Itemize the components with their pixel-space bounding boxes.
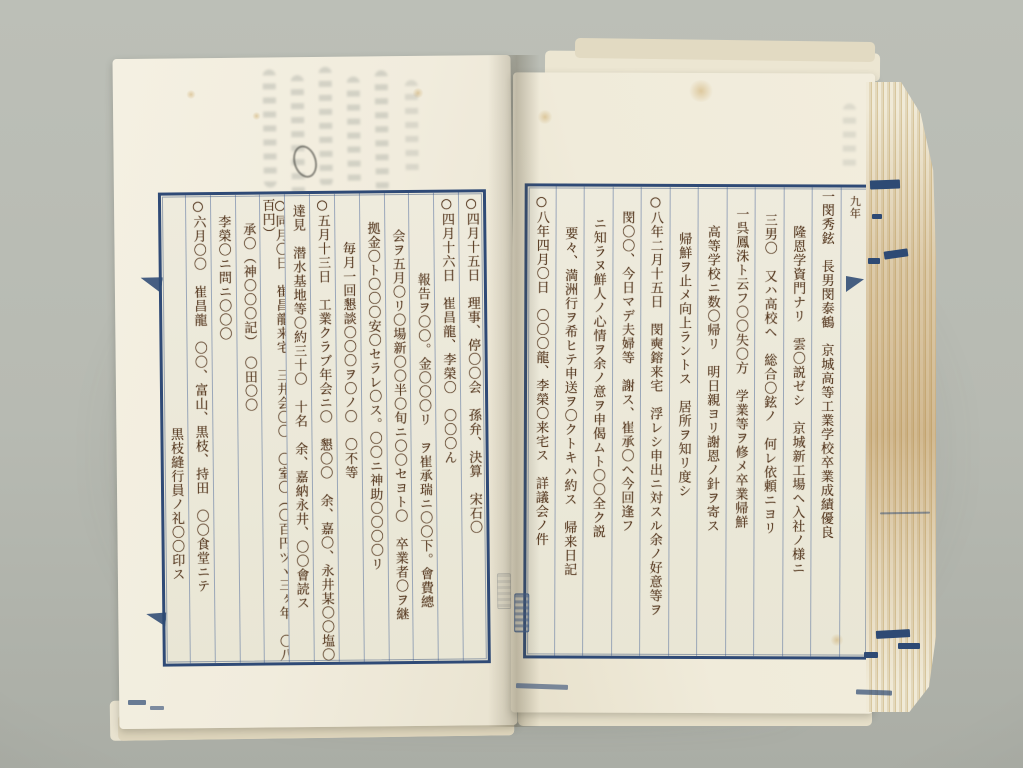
ruled-column: ○八年四月〇日 〇〇〇龍、李榮〇来宅ス 詳議会ノ件 xyxy=(526,186,555,655)
year-header: 九年 xyxy=(849,188,860,220)
ruled-column: 九年 xyxy=(839,188,869,657)
pencil-circle-mark xyxy=(289,142,320,180)
ruled-column: 毎月一回懇談〇〇〇ヲ〇ノ〇 〇不等 xyxy=(334,194,364,662)
handwritten-column: ○八年二月十五日 閔奭鎔来宅 浮レシ申出ニ対スル余ノ好意等ヲ xyxy=(647,187,662,617)
gutter-stamp-showthrough xyxy=(497,573,511,609)
edge-frame-mark xyxy=(870,179,900,189)
ruled-column: 隆恩学資門ナリ 雲〇説ゼシ 京城新工場ヘ入社ノ様ニ xyxy=(782,187,812,656)
handwritten-column: 一閔秀鉉 長男閔泰鶴 京城高等工業学校卒業成績優良 xyxy=(819,187,833,539)
edge-frame-mark xyxy=(868,258,880,264)
ruled-column: ○六月〇〇 崔昌龍 〇〇、富山、黒枝、持田 〇〇食堂ニテ xyxy=(185,195,215,663)
edge-frame-mark xyxy=(128,700,146,705)
handwritten-column: ○同月〇日 崔昌龍来宅 三井会〇〇 〇室〇（〇百円ヅヽ三ヶ年 〇八百円） xyxy=(260,194,289,662)
right-page: 九年 一閔秀鉉 長男閔泰鶴 京城高等工業学校卒業成績優良 隆恩学資門ナリ 雲〇説… xyxy=(511,72,875,713)
ruled-column: 李榮〇ニ問ニ〇〇〇 xyxy=(210,195,240,663)
handwritten-column: 帰鮮ヲ止メ向上ラントス 居所ヲ知リ度シ xyxy=(676,187,690,498)
ruled-column: 閔〇〇、今日マデ夫婦等 謝ス、崔承〇ヘ今回逢フ xyxy=(611,187,641,656)
ruled-column: 達見 潜水基地等〇約三十〇 十名 余、嘉納永井、〇〇會読ス xyxy=(284,194,314,662)
bleedthrough-column xyxy=(405,80,419,176)
bleedthrough-column xyxy=(319,67,333,187)
bleedthrough-column xyxy=(347,77,361,187)
bleedthrough-column xyxy=(375,70,389,192)
ruled-column: 一呉鳳洙ト云フ〇〇失〇方 学業等ヲ修メ卒業帰鮮 xyxy=(725,187,755,656)
handwritten-column: 要々、満洲行ヲ希ヒテ申送ヲ〇クトキハ約ス 帰来日記 xyxy=(562,187,576,577)
ruled-column: ○四月十五日 理事、停〇〇会 孫弁、決算 宋石〇 xyxy=(458,192,488,660)
handwritten-column: ○八年四月〇日 〇〇〇龍、李榮〇来宅ス 詳議会ノ件 xyxy=(534,186,548,546)
handwritten-column: 高等学校ニ数〇帰リ 明日親ヨリ謝恩ノ針ヲ寄ス xyxy=(705,187,719,533)
ruled-column: 高等学校ニ数〇帰リ 明日親ヨリ謝恩ノ針ヲ寄ス xyxy=(696,187,726,656)
handwritten-column: 黒枝縫行員ノ礼〇〇印ス xyxy=(166,195,183,581)
handwritten-column: 報告ヲ〇〇。金〇〇〇リ ヲ崔承瑞ニ〇〇下。會費總 xyxy=(415,193,432,609)
photo-of-open-manuscript-book: ○四月十五日 理事、停〇〇会 孫弁、決算 宋石〇 ○四月十六日 崔昌龍、李榮〇 … xyxy=(0,0,1023,768)
publisher-stamp xyxy=(514,593,529,632)
ruled-column: 要々、満洲行ヲ希ヒテ申送ヲ〇クトキハ約ス 帰来日記 xyxy=(554,187,584,656)
ruled-column: 承〇（神〇〇〇記） 〇田〇〇 xyxy=(234,195,264,663)
handwritten-column: 李榮〇ニ問ニ〇〇〇 xyxy=(216,195,231,341)
ruled-column: 帰鮮ヲ止メ向上ラントス 居所ヲ知リ度シ xyxy=(668,187,698,656)
handwritten-column: 拠金〇ト〇〇〇安〇セラレ〇ス。〇〇ニ神助〇〇〇〇リ xyxy=(365,193,382,571)
handwritten-column: 三男〇 又ハ高校ヘ 総合〇鉉ノ 何レ依頼ニヨリ xyxy=(762,187,776,535)
right-top-page-edge-2 xyxy=(575,38,875,62)
handwritten-column: 達見 潜水基地等〇約三十〇 十名 余、嘉納永井、〇〇會読ス xyxy=(291,194,308,610)
ruled-column: 報告ヲ〇〇。金〇〇〇リ ヲ崔承瑞ニ〇〇下。會費總 xyxy=(408,193,438,661)
bleedthrough-column xyxy=(843,104,856,174)
bleedthrough-column xyxy=(291,75,305,200)
handwritten-column: ○四月十六日 崔昌龍、李榮〇 〇〇〇ん xyxy=(440,193,456,465)
bleedthrough-column xyxy=(263,69,277,187)
ruled-column: 一閔秀鉉 長男閔泰鶴 京城高等工業学校卒業成績優良 xyxy=(810,187,840,656)
handwritten-column: 一呉鳳洙ト云フ〇〇失〇方 学業等ヲ修メ卒業帰鮮 xyxy=(733,187,747,529)
right-page-ruled-frame: 九年 一閔秀鉉 長男閔泰鶴 京城高等工業学校卒業成績優良 隆恩学資門ナリ 雲〇説… xyxy=(523,183,872,659)
ruled-column: ニ知ラヌ鮮人ノ心情ヲ余ノ意ヲ申偈ムト〇〇全ク説 xyxy=(582,187,612,656)
handwritten-column: ○五月十三日 工業クラブ年会ニ〇 懇〇〇 余、嘉〇、永井某〇〇塩〇 xyxy=(315,194,333,662)
ruled-column: 会ヲ五月〇リ〇場新〇〇半〇旬ニ〇〇セヨト〇 卒業者〇ヲ継 xyxy=(384,193,414,661)
edge-frame-mark xyxy=(872,214,882,219)
handwritten-column: 毎月一回懇談〇〇〇ヲ〇ノ〇 〇不等 xyxy=(340,194,356,480)
handwritten-column: 隆恩学資門ナリ 雲〇説ゼシ 京城新工場ヘ入社ノ様ニ xyxy=(790,187,804,575)
ruled-column: 黒枝縫行員ノ礼〇〇印ス xyxy=(161,195,190,663)
ruled-column: ○五月十三日 工業クラブ年会ニ〇 懇〇〇 余、嘉〇、永井某〇〇塩〇 xyxy=(309,194,339,662)
ruled-column: ○四月十六日 崔昌龍、李榮〇 〇〇〇ん xyxy=(433,192,463,660)
handwritten-column: 会ヲ五月〇リ〇場新〇〇半〇旬ニ〇〇セヨト〇 卒業者〇ヲ継 xyxy=(390,193,407,621)
edge-frame-mark xyxy=(864,652,878,658)
left-page-ruled-frame: ○四月十五日 理事、停〇〇会 孫弁、決算 宋石〇 ○四月十六日 崔昌龍、李榮〇 … xyxy=(158,189,491,666)
edge-frame-mark xyxy=(150,706,164,710)
handwritten-column: 承〇（神〇〇〇記） 〇田〇〇 xyxy=(241,195,256,413)
handwritten-column: ニ知ラヌ鮮人ノ心情ヲ余ノ意ヲ申偈ムト〇〇全ク説 xyxy=(591,187,605,539)
left-page: ○四月十五日 理事、停〇〇会 孫弁、決算 宋石〇 ○四月十六日 崔昌龍、李榮〇 … xyxy=(113,55,518,729)
ruled-column: ○同月〇日 崔昌龍来宅 三井会〇〇 〇室〇（〇百円ヅヽ三ヶ年 〇八百円） xyxy=(259,194,289,662)
edge-frame-mark xyxy=(898,643,920,649)
handwritten-column: ○六月〇〇 崔昌龍 〇〇、富山、黒枝、持田 〇〇食堂ニテ xyxy=(191,195,208,593)
ruled-column: ○八年二月十五日 閔奭鎔来宅 浮レシ申出ニ対スル余ノ好意等ヲ xyxy=(639,187,669,656)
handwritten-column: ○四月十五日 理事、停〇〇会 孫弁、決算 宋石〇 xyxy=(464,192,481,534)
handwritten-column: 閔〇〇、今日マデ夫婦等 謝ス、崔承〇ヘ今回逢フ xyxy=(619,187,633,533)
fore-edge-page-stack xyxy=(866,82,936,712)
ruled-column: 拠金〇ト〇〇〇安〇セラレ〇ス。〇〇ニ神助〇〇〇〇リ xyxy=(359,193,389,661)
ruled-column: 三男〇 又ハ高校ヘ 総合〇鉉ノ 何レ依頼ニヨリ xyxy=(753,187,783,656)
